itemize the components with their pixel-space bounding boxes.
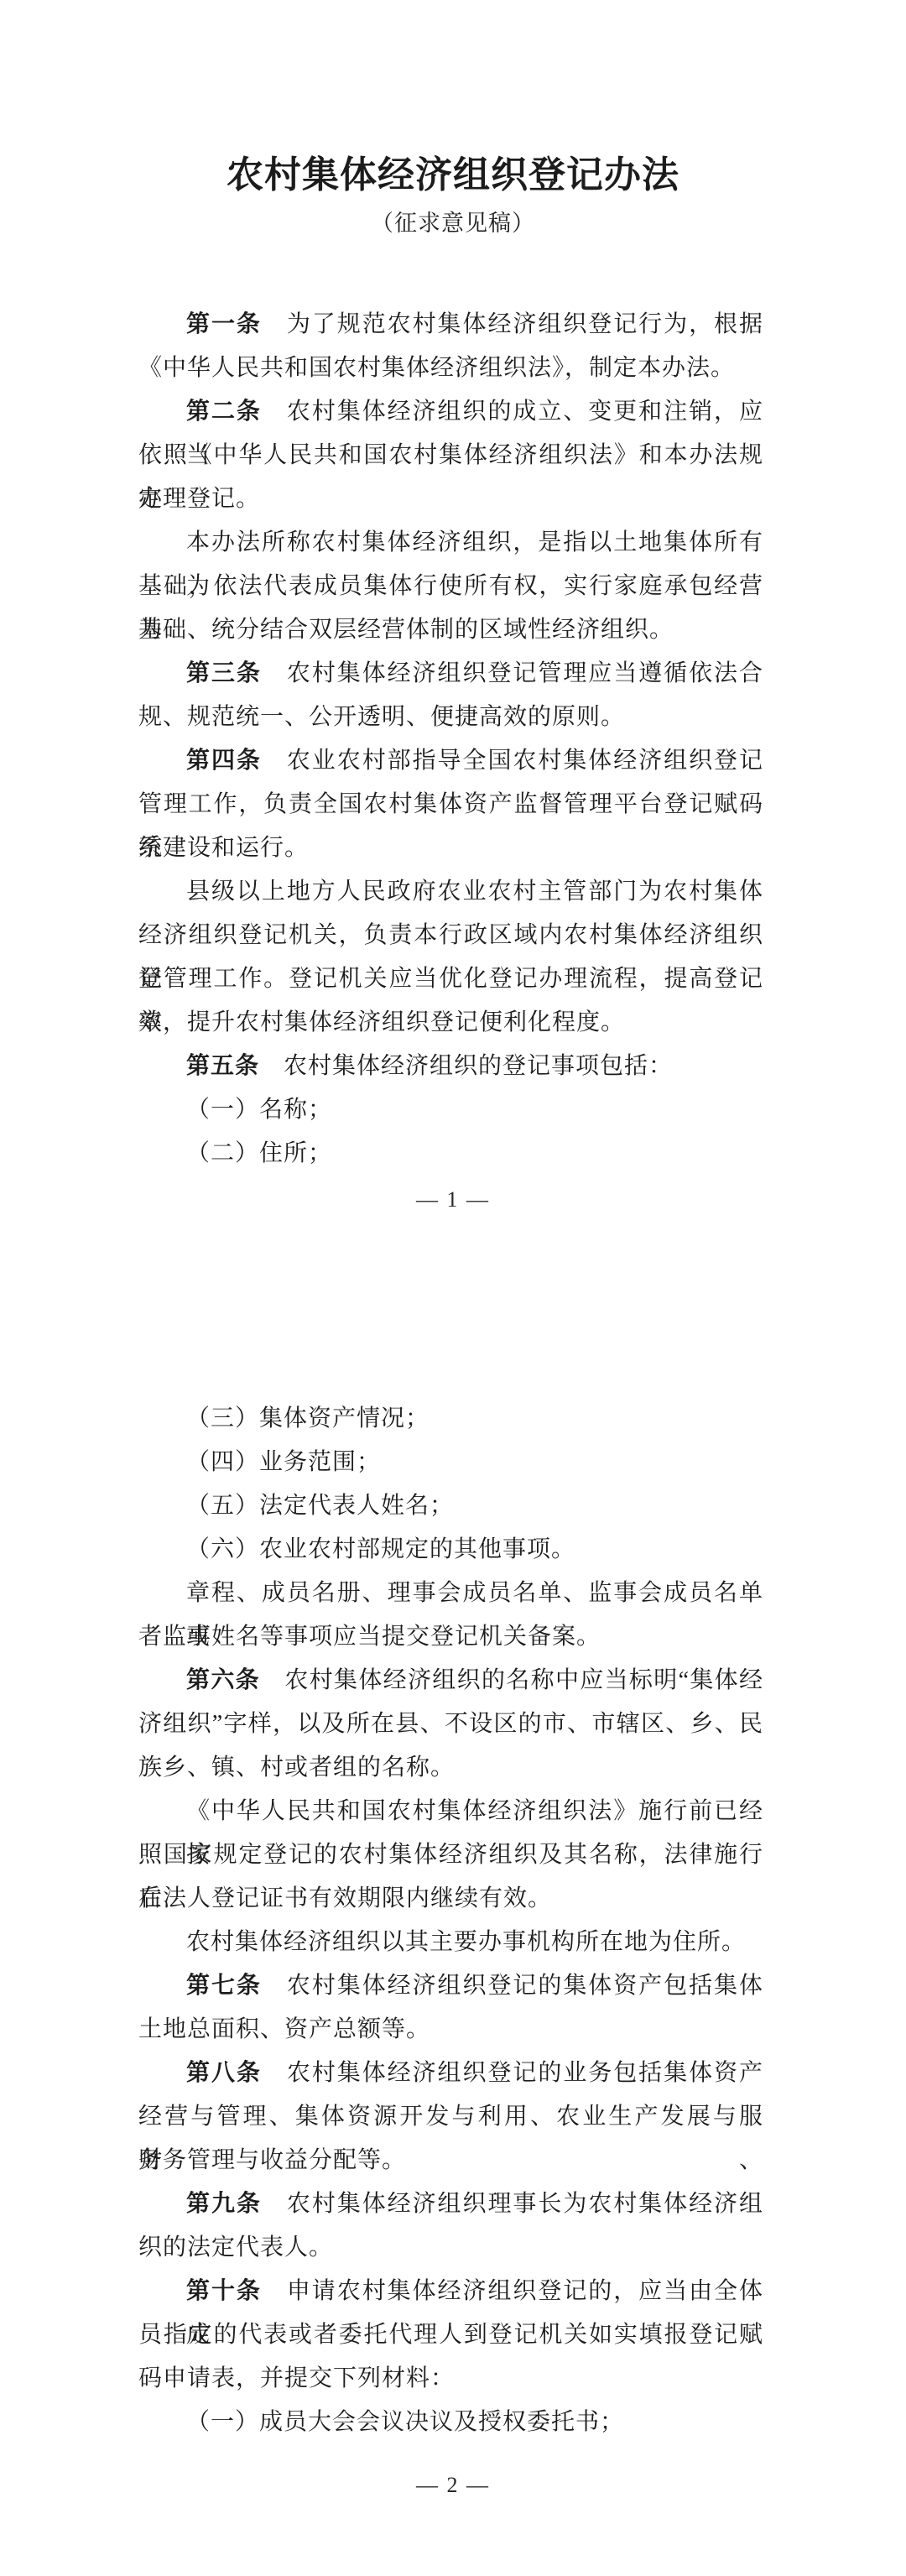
article-number: 第七条 <box>186 1973 262 1999</box>
text-line: 管理工作，负责全国农村集体资产监督管理平台登记赋码系 <box>138 783 763 827</box>
text-line: 员指定的代表或者委托代理人到登记机关如实填报登记赋 <box>138 2313 763 2357</box>
article-number: 第四条 <box>186 748 262 774</box>
text-line: （六）农业农村部规定的其他事项。 <box>138 1528 763 1572</box>
article-number: 第五条 <box>186 1053 259 1079</box>
article-number: 第十条 <box>186 2278 262 2304</box>
text-line: 第三条 农村集体经济组织登记管理应当遵循依法合 <box>138 652 763 696</box>
page-1-text: 第一条 为了规范农村集体经济组织登记行为，根据《中华人民共和国农村集体经济组织法… <box>138 303 763 1176</box>
text-line: 统建设和运行。 <box>138 827 763 870</box>
article-number: 第二条 <box>186 399 262 425</box>
text-line: （一）名称； <box>138 1088 763 1132</box>
text-line: 第二条 农村集体经济组织的成立、变更和注销，应当 <box>138 390 763 434</box>
text-line: 土地总面积、资产总额等。 <box>138 2008 763 2052</box>
text-line: 照国家规定登记的农村集体经济组织及其名称，法律施行后 <box>138 1833 763 1877</box>
text-line: 《中华人民共和国农村集体经济组织法》，制定本办法。 <box>138 347 763 390</box>
text-line: 第九条 农村集体经济组织理事长为农村集体经济组 <box>138 2182 763 2226</box>
text-line: 《中华人民共和国农村集体经济组织法》施行前已经按 <box>138 1790 763 1833</box>
text-line: 第十条 申请农村集体经济组织登记的，应当由全体成 <box>138 2270 763 2313</box>
text-line: 第五条 农村集体经济组织的登记事项包括： <box>138 1045 763 1088</box>
article-number: 第九条 <box>186 2191 262 2217</box>
text-line: 办理登记。 <box>138 477 763 521</box>
text-line: 济组织”字样，以及所在县、不设区的市、市辖区、乡、民 <box>138 1703 763 1746</box>
text-line: 章程、成员名册、理事会成员名单、监事会成员名单或 <box>138 1572 763 1615</box>
text-line: 农村集体经济组织以其主要办事机构所在地为住所。 <box>138 1921 763 1964</box>
text-line: 本办法所称农村集体经济组织，是指以土地集体所有为 <box>138 521 763 565</box>
document-subtitle: （征求意见稿） <box>0 206 906 240</box>
document-page-view: 农村集体经济组织登记办法 （征求意见稿） 第一条 为了规范农村集体经济组织登记行… <box>0 0 906 2576</box>
text-line: 基础，依法代表成员集体行使所有权，实行家庭承包经营为 <box>138 565 763 608</box>
article-number: 第六条 <box>186 1667 260 1693</box>
text-line: （三）集体资产情况； <box>138 1397 763 1441</box>
text-line: （一）成员大会会议决议及授权委托书； <box>138 2401 763 2444</box>
document-title: 农村集体经济组织登记办法 <box>0 152 906 199</box>
text-line: 经济组织登记机关，负责本行政区域内农村集体经济组织登 <box>138 914 763 957</box>
text-line: 族乡、镇、村或者组的名称。 <box>138 1746 763 1790</box>
text-line: 第四条 农业农村部指导全国农村集体经济组织登记 <box>138 739 763 783</box>
text-line: 在法人登记证书有效期限内继续有效。 <box>138 1877 763 1921</box>
text-line: （五）法定代表人姓名； <box>138 1484 763 1528</box>
text-line: 经营与管理、集体资源开发与利用、农业生产发展与服务、 <box>138 2095 763 2139</box>
text-line: 规、规范统一、公开透明、便捷高效的原则。 <box>138 696 763 739</box>
text-line: 码申请表，并提交下列材料： <box>138 2357 763 2401</box>
text-line: 率，提升农村集体经济组织登记便利化程度。 <box>138 1001 763 1045</box>
text-line: 记管理工作。登记机关应当优化登记办理流程，提高登记效 <box>138 957 763 1001</box>
text-line: 基础、统分结合双层经营体制的区域性经济组织。 <box>138 608 763 652</box>
text-line: 者监事姓名等事项应当提交登记机关备案。 <box>138 1615 763 1659</box>
page-1-number: — 1 — <box>0 1185 906 1215</box>
text-line: 第八条 农村集体经济组织登记的业务包括集体资产 <box>138 2052 763 2095</box>
text-line: 第一条 为了规范农村集体经济组织登记行为，根据 <box>138 303 763 347</box>
article-number: 第三条 <box>186 660 262 686</box>
text-line: 第六条 农村集体经济组织的名称中应当标明“集体经 <box>138 1659 763 1703</box>
text-line: （二）住所； <box>138 1132 763 1176</box>
text-line: 县级以上地方人民政府农业农村主管部门为农村集体 <box>138 870 763 914</box>
text-line: 第七条 农村集体经济组织登记的集体资产包括集体 <box>138 1964 763 2008</box>
article-number: 第八条 <box>186 2060 262 2086</box>
page-2-text: （三）集体资产情况；（四）业务范围；（五）法定代表人姓名；（六）农业农村部规定的… <box>138 1397 763 2444</box>
text-line: 依照《中华人民共和国农村集体经济组织法》和本办法规定 <box>138 434 763 477</box>
article-number: 第一条 <box>186 311 262 337</box>
text-line: 织的法定代表人。 <box>138 2226 763 2270</box>
page-2-number: — 2 — <box>0 2470 906 2500</box>
text-line: （四）业务范围； <box>138 1441 763 1484</box>
